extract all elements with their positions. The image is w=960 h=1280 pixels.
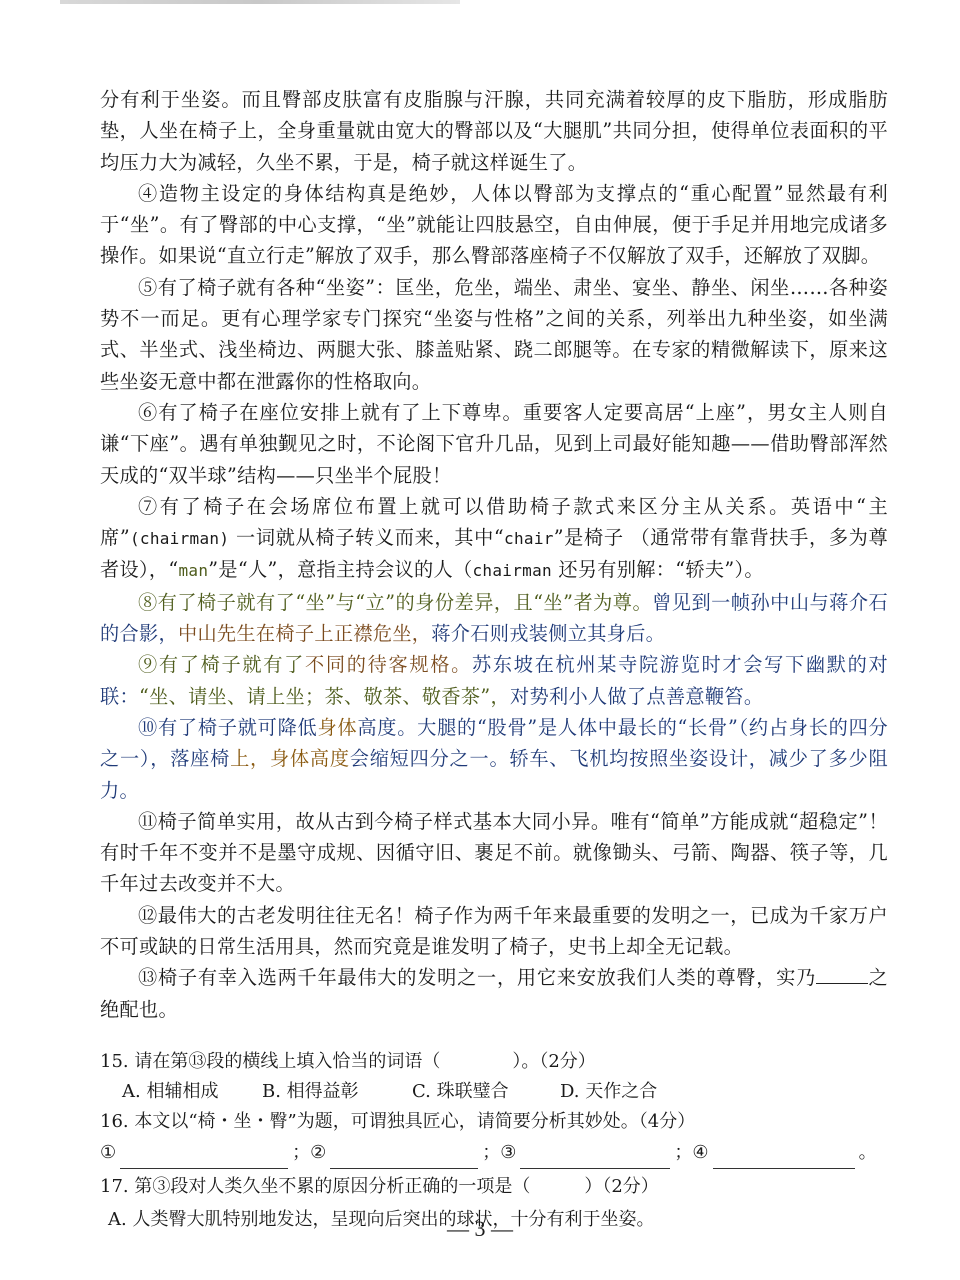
paragraph-3-continued: 分有利于坐姿。而且臀部皮肤富有皮脂腺与汗腺，共同充满着较厚的皮下脂肪，形成脂肪垫… (100, 84, 888, 178)
p9-text-e: 对势利小人做了点善意鞭笞。 (510, 685, 763, 708)
p13-text-a: ⑬椅子有幸入选两千年最伟大的发明之一，用它来安放我们人类的尊臀，实乃 (138, 966, 816, 989)
p7-text-d: ”是“人”，意指主持会议的人（ (208, 558, 472, 581)
q15-option-a[interactable]: A. 相辅相成 (122, 1077, 262, 1107)
p10-text-b: 身体 (317, 716, 357, 739)
p7-english-chairman: (chairman) (130, 529, 229, 548)
p7-english-chairman-2: chairman (472, 561, 551, 580)
paragraph-6: ⑥有了椅子在座位安排上就有了上下尊卑。重要客人定要高居“上座”，男女主人则自谦“… (100, 397, 888, 491)
spacer (100, 1025, 888, 1047)
paragraph-9: ⑨有了椅子就有了不同的待客规格。苏东坡在杭州某寺院游览时才会写下幽默的对联：“坐… (100, 649, 888, 712)
p9-text-b: 不同的待客规格。 (305, 653, 472, 676)
question-16-stem: 16. 本文以“椅・坐・臀”为题，可谓独具匠心，请简要分析其妙处。（4分） (100, 1107, 888, 1137)
question-16-answers: ① ； ② ； ③ ； ④ 。 (100, 1137, 888, 1169)
p10-text-d: 上，身体高度 (230, 747, 350, 770)
q16-answer-1[interactable] (120, 1146, 288, 1169)
q16-sep-3: ； (674, 1137, 692, 1169)
p7-english-man: man (178, 561, 208, 580)
q16-answer-2[interactable] (330, 1146, 478, 1169)
q16-sep-2: ； (482, 1137, 500, 1169)
paragraph-10: ⑩有了椅子就可降低身体高度。大腿的“股骨”是人体中最长的“长骨”（约占身长的四分… (100, 712, 888, 806)
p8-text-d: 蒋介石则戎装侧立其身后。 (431, 622, 665, 645)
question-15-options: A. 相辅相成 B. 相得益彰 C. 珠联璧合 D. 天作之合 (100, 1077, 888, 1107)
q16-label-2: ② (310, 1137, 326, 1169)
paragraph-13: ⑬椅子有幸入选两千年最伟大的发明之一，用它来安放我们人类的尊臀，实乃之绝配也。 (100, 962, 888, 1025)
q15-option-c[interactable]: C. 珠联璧合 (412, 1077, 560, 1107)
scan-edge-shadow (60, 0, 460, 4)
paragraph-4: ④造物主设定的身体结构真是绝妙，人体以臀部为支撑点的“重心配置”显然最有利于“坐… (100, 178, 888, 272)
paragraph-11: ⑪椅子简单实用，故从古到今椅子样式基本大同小异。唯有“简单”方能成就“超稳定”！… (100, 806, 888, 900)
paragraph-12: ⑫最伟大的古老发明往往无名！椅子作为两千年来最重要的发明之一，已成为千家万户不可… (100, 900, 888, 963)
p7-text-e: 还另有别解：“轿夫”）。 (552, 558, 764, 581)
q16-answer-4[interactable] (713, 1146, 855, 1169)
q16-label-1: ① (100, 1137, 116, 1169)
p9-text-d: “坐、请坐、请上坐；茶、敬茶、敬香茶”， (139, 685, 510, 708)
p9-text-a: ⑨有了椅子就有了 (138, 653, 305, 676)
p8-text-a: ⑧有了椅子就有了“坐”与“立”的身份差异，且“坐”者为尊。 (138, 591, 652, 614)
q16-end: 。 (859, 1137, 877, 1169)
paragraph-8: ⑧有了椅子就有了“坐”与“立”的身份差异，且“坐”者为尊。曾见到一帧孙中山与蒋介… (100, 587, 888, 650)
question-17-stem: 17. 第③段对人类久坐不累的原因分析正确的一项是（ ）（2分） (100, 1172, 888, 1202)
p7-text-b: 一词就从椅子转义而来，其中“ (229, 526, 504, 549)
question-15-stem: 15. 请在第⑬段的横线上填入恰当的词语（ ）。（2分） (100, 1047, 888, 1077)
q16-answer-3[interactable] (520, 1146, 670, 1169)
p7-english-chair: chair (504, 529, 554, 548)
p13-fill-blank[interactable] (816, 965, 868, 984)
page-number: — 3 — (0, 1216, 960, 1242)
paragraph-7: ⑦有了椅子在会场席位布置上就可以借助椅子款式来区分主从关系。英语中“主席”(ch… (100, 491, 888, 587)
q15-option-d[interactable]: D. 天作之合 (560, 1077, 710, 1107)
p10-text-a: ⑩有了椅子就可降低 (138, 716, 317, 739)
q16-sep-1: ； (292, 1137, 310, 1169)
q15-option-b[interactable]: B. 相得益彰 (262, 1077, 412, 1107)
exam-page: 分有利于坐姿。而且臀部皮肤富有皮脂腺与汗腺，共同充满着较厚的皮下脂肪，形成脂肪垫… (100, 84, 888, 1235)
p8-text-c: 中山先生在椅子上正襟危坐， (178, 622, 431, 645)
q16-label-4: ④ (692, 1137, 708, 1169)
paragraph-5: ⑤有了椅子就有各种“坐姿”：匡坐，危坐，端坐、肃坐、宴坐、静坐、闲坐……各种姿势… (100, 272, 888, 397)
q16-label-3: ③ (500, 1137, 516, 1169)
